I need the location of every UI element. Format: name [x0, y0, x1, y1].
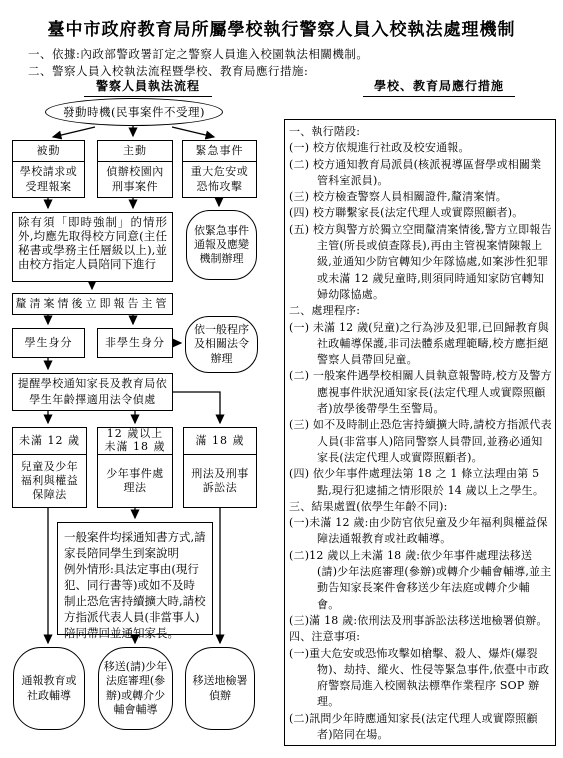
- flow-node-non-student: 非學生身分: [97, 328, 173, 358]
- measure-item: (五) 校方與警方於獨立空間釐清案情後,警方立即報告主管(所長或偵查隊長),再由…: [289, 222, 552, 303]
- flow-node-consent: 除有須「即時強制」的情形外,均應先取得校方同意(主任秘書或學務主任層級以上),並…: [12, 212, 173, 282]
- measure-item: (二)訊問少年時應通知家長(法定代理人或實際照顧者)陪同在場。: [289, 711, 552, 744]
- flow-node-over18: 滿 18 歲 刑法及刑事訴訟法: [183, 427, 257, 508]
- measure-heading: 二、處理程序:: [289, 303, 552, 319]
- measure-item: (三) 如不及時制止恐危害持續擴大時,請校方指派代表人員(非當事人)陪同警察人員…: [289, 417, 552, 466]
- page-title: 臺中市政府教育局所屬學校執行警察人員入校執法處理機制: [0, 15, 563, 40]
- measure-item: (二) 一般案件遇學校相關人員執意報警時,校方及警方應視事件狀況通知家長(法定代…: [289, 368, 552, 417]
- flow-node-remind: 提醒學校通知家長及教育局依學生年齡擇適用法令偵處: [12, 373, 173, 411]
- document-page: 臺中市政府教育局所屬學校執行警察人員入校執法處理機制 一、依據:內政部警政署訂定…: [0, 0, 563, 758]
- flow-node-trigger: 發動時機(民事案件不受理): [45, 98, 223, 126]
- flow-node-age12to18: 12 歲以上 未滿 18 歲 少年事件處理法: [97, 427, 173, 508]
- measures-panel: 一、執行階段:(一) 校方依規進行社政及校安通報。(二) 校方通知教育局派員(核…: [284, 119, 556, 746]
- measure-heading: 一、執行階段:: [289, 124, 552, 140]
- flow-node-general-procedure: 依一般程序及相關法令辦理: [185, 316, 258, 373]
- flow-node-passive: 被動 學校請求或受理報案: [12, 140, 85, 198]
- measure-item: (二) 校方通知教育局派員(核派視導區督學或相關業管科室派員)。: [289, 157, 552, 190]
- measure-item: (一)未滿 12 歲:由少防官依兒童及少年福利與權益保障法通報教育或社政輔導。: [289, 515, 552, 548]
- measure-heading: 四、注意事項:: [289, 629, 552, 645]
- flow-node-under12: 未滿 12 歲 兒童及少年福利與權益保障法: [12, 427, 87, 508]
- measure-item: (一) 未滿 12 歲(兒童)之行為涉及犯罪,已回歸教育與社政輔導保護,非司法體…: [289, 320, 552, 369]
- measure-item: (二)12 歲以上未滿 18 歲:依少年事件處理法移送(請)少年法庭審理(參辦)…: [289, 548, 552, 613]
- flow-node-outcome-report: 通報教育或社政輔導: [13, 647, 85, 730]
- flow-node-emergency-procedure: 依緊急事件通報及應變機制辦理: [186, 210, 257, 280]
- column-header-police-process: 警察人員執法流程: [84, 77, 212, 97]
- measure-heading: 三、結果處置(依學生年齡不同):: [289, 499, 552, 515]
- flow-node-active: 主動 偵辦校園內刑事案件: [97, 140, 173, 198]
- flow-node-notice: 一般案件均採通知書方式,請家長陪同學生到案說明 例外情形:具法定事由(現行犯、同…: [57, 522, 213, 635]
- measure-item: (四) 依少年事件處理法第 18 之 1 條立法理由第 5 點,現行犯逮捕之情形…: [289, 466, 552, 499]
- measure-item: (三)滿 18 歲:依刑法及刑事訴訟法移送地檢署偵辦。: [289, 613, 552, 629]
- column-header-school-measures: 學校、教育局應行措施: [363, 77, 515, 97]
- measure-item: (三) 校方檢查警察人員相關證件,釐清案情。: [289, 189, 552, 205]
- flow-node-outcome-court: 移送(請)少年法庭審理(參辦)或轉介少輔會輔導: [98, 647, 173, 730]
- flow-node-student: 學生身分: [12, 328, 85, 358]
- intro-line-basis: 一、依據:內政部警政署訂定之警察人員進入校園執法相關機制。: [28, 46, 368, 62]
- measure-item: (一)重大危安或恐怖攻擊如槍擊、殺人、爆炸(爆裂物)、劫持、縱火、性侵等緊急事件…: [289, 646, 552, 711]
- flow-node-emergency: 緊急事件 重大危安或恐怖攻擊: [182, 140, 257, 198]
- flow-node-clarify: 釐清案情後立即報告主管: [12, 293, 173, 315]
- measure-item: (四) 校方聯繫家長(法定代理人或實際照顧者)。: [289, 205, 552, 221]
- flow-node-outcome-prosecutor: 移送地檢署偵辦: [185, 647, 255, 730]
- measure-item: (一) 校方依規進行社政及校安通報。: [289, 140, 552, 156]
